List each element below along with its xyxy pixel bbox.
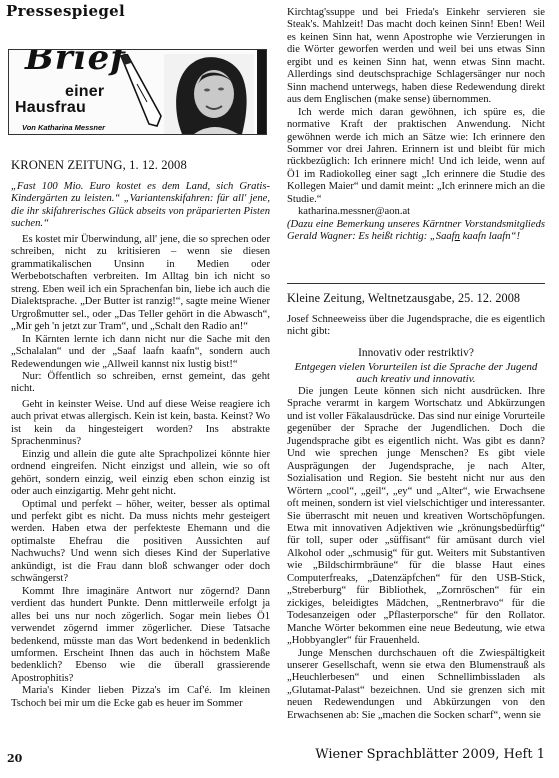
article2-paragraph: Junge Menschen durchschauen oft die Zwie… xyxy=(287,648,545,723)
article1-paragraph: Nur: Öffentlich so schreiben, ernst geme… xyxy=(11,371,270,396)
article1-continuation: Kirchtag'ssuppe und bei Frieda's Einkehr… xyxy=(287,7,545,244)
article1-paragraph: Einzig und allein die gute alte Sprachpo… xyxy=(11,449,270,499)
banner-byline: Von Katharina Messner xyxy=(22,122,105,134)
section-divider xyxy=(287,283,545,284)
article2-source: Kleine Zeitung, Weltnetzausgabe, 25. 12.… xyxy=(287,292,520,304)
banner-title-line3: Hausfrau xyxy=(15,102,86,114)
article2-paragraph: Die jungen Leute können sich nicht ausdr… xyxy=(287,386,545,648)
article2-headline: Innovativ oder restriktiv? xyxy=(287,347,545,359)
article1-body: Es kostet mir Überwindung, all' jene, di… xyxy=(11,234,270,710)
article1-paragraph: Kommt Ihre imaginäre Antwort nur zögernd… xyxy=(11,586,270,686)
article2-intro: Josef Schneeweiss über die Jugendsprache… xyxy=(287,314,545,339)
article1-source: KRONEN ZEITUNG, 1. 12. 2008 xyxy=(11,159,187,171)
article1-paragraph: Ich werde mich daran gewöhnen, ich spüre… xyxy=(287,107,545,207)
article1-paragraph: Geht in keinster Weise. Und auf diese We… xyxy=(11,399,270,449)
banner-edge-bar xyxy=(257,50,266,134)
article1-paragraph: Maria's Kinder lieben Pizza's im Caf'é. … xyxy=(11,685,270,710)
article1-paragraph: Optimal und perfekt – höher, weiter, bes… xyxy=(11,499,270,586)
article2-body: Die jungen Leute können sich nicht ausdr… xyxy=(287,386,545,722)
section-header: Pressespiegel xyxy=(6,5,125,17)
article1-paragraph: Kirchtag'ssuppe und bei Frieda's Einkehr… xyxy=(287,7,545,107)
article1-lead-quote: „Fast 100 Mio. Euro kostet es dem Land, … xyxy=(11,181,270,231)
banner-title-script: Brief xyxy=(25,52,126,64)
portrait-photo xyxy=(164,54,254,134)
article2-subheadline: Entgegen vielen Vorurteilen ist die Spra… xyxy=(287,361,545,386)
column-banner: Brief einer Hausfrau Von Katharina Messn… xyxy=(8,49,267,135)
page-number: 20 xyxy=(7,753,22,765)
fountain-pen-icon xyxy=(117,54,165,130)
article1-paragraph: Es kostet mir Überwindung, all' jene, di… xyxy=(11,234,270,334)
banner-title-line2: einer xyxy=(65,86,104,98)
editor-note: (Dazu eine Bemerkung unseres Kärntner Vo… xyxy=(287,219,545,244)
author-email[interactable]: katharina.messner@aon.at xyxy=(287,206,545,218)
publication-footer: Wiener Sprachblätter 2009, Heft 1 xyxy=(315,749,545,761)
article1-paragraph: In Kärnten lernte ich dann nicht nur die… xyxy=(11,334,270,371)
